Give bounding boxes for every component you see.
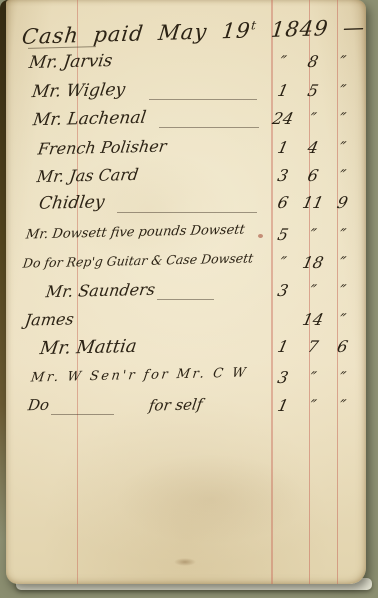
ledger-page: Cash paid May 19t 1849 — Mr. Jarvis ″ 8 … [6,0,366,584]
amount-pence: ″ [324,281,361,300]
entry-name: Mr. Dowsett five pounds Dowsett [25,222,246,242]
entry-name: Mr. Wigley [31,80,127,102]
heading-year: 1849 — [255,15,366,42]
paper-stain [174,558,196,566]
photo-backdrop: Cash paid May 19t 1849 — Mr. Jarvis ″ 8 … [0,0,378,598]
entry-rule-line [159,127,259,128]
entry-name-detail: for self [148,395,204,414]
amount-pence: ″ [324,166,361,185]
ledger-row: Mr. Dowsett five pounds Dowsett 5 ″ ″ [6,225,366,253]
entry-name: Do for Rep'g Guitar & Case Dowsett [22,250,254,270]
ledger-row: James 14 ″ [6,310,366,338]
ledger-row: Mr. Saunders 3 ″ ″ [6,281,366,309]
entry-name: Mr. Lachenal [32,108,148,131]
amount-pence: 6 [324,337,361,356]
ledger-row: Mr. Wigley 1 5 ″ [6,81,366,109]
amount-pence: ″ [324,310,361,329]
amount-pence: 9 [324,193,361,212]
entry-name: Mr. Saunders [45,280,157,302]
amount-pence: ″ [324,109,361,128]
entry-rule-line [51,414,114,415]
amount-pence: ″ [324,52,361,71]
ledger-row: Do for self 1 ″ ″ [6,396,366,424]
entry-rule-line [149,99,257,100]
entry-rule-line [157,299,214,300]
entry-name: Do [27,396,50,415]
ledger-row: Mr. Jas Card 3 6 ″ [6,166,366,194]
entry-name: Mr. Jas Card [36,165,140,186]
entry-name: French Polisher [37,137,168,159]
amount-pence: ″ [324,253,361,272]
ledger-row: Do for Rep'g Guitar & Case Dowsett ″ 18 … [6,253,366,281]
paper-stain [116,454,306,544]
entry-name: Mr. Jarvis [28,51,114,73]
entry-rule-line [117,212,257,213]
ledger-row: Mr. Lachenal 24 ″ ″ [6,109,366,137]
amount-pence: ″ [324,81,361,100]
amount-pence: ″ [324,225,361,244]
ledger-row: Mr. Mattia 1 7 6 [6,337,366,365]
entry-name: Mr. W Sen'r for Mr. C W [30,366,249,386]
ledger-row: French Polisher 1 4 ″ [6,138,366,166]
amount-pence: ″ [324,138,361,157]
ledger-row: Mr. Jarvis ″ 8 ″ [6,52,366,80]
ledger-row: Mr. W Sen'r for Mr. C W 3 ″ ″ [6,368,366,396]
entry-name: Chidley [38,192,106,214]
amount-pence: ″ [324,396,361,415]
page-heading: Cash paid May 19t 1849 — [21,15,366,49]
amount-pence: ″ [324,368,361,387]
entry-name: James [24,309,75,329]
ledger-row: Chidley 6 11 9 [6,193,366,221]
heading-text: Cash paid May 19 [21,18,252,48]
entry-name: Mr. Mattia [39,336,138,359]
